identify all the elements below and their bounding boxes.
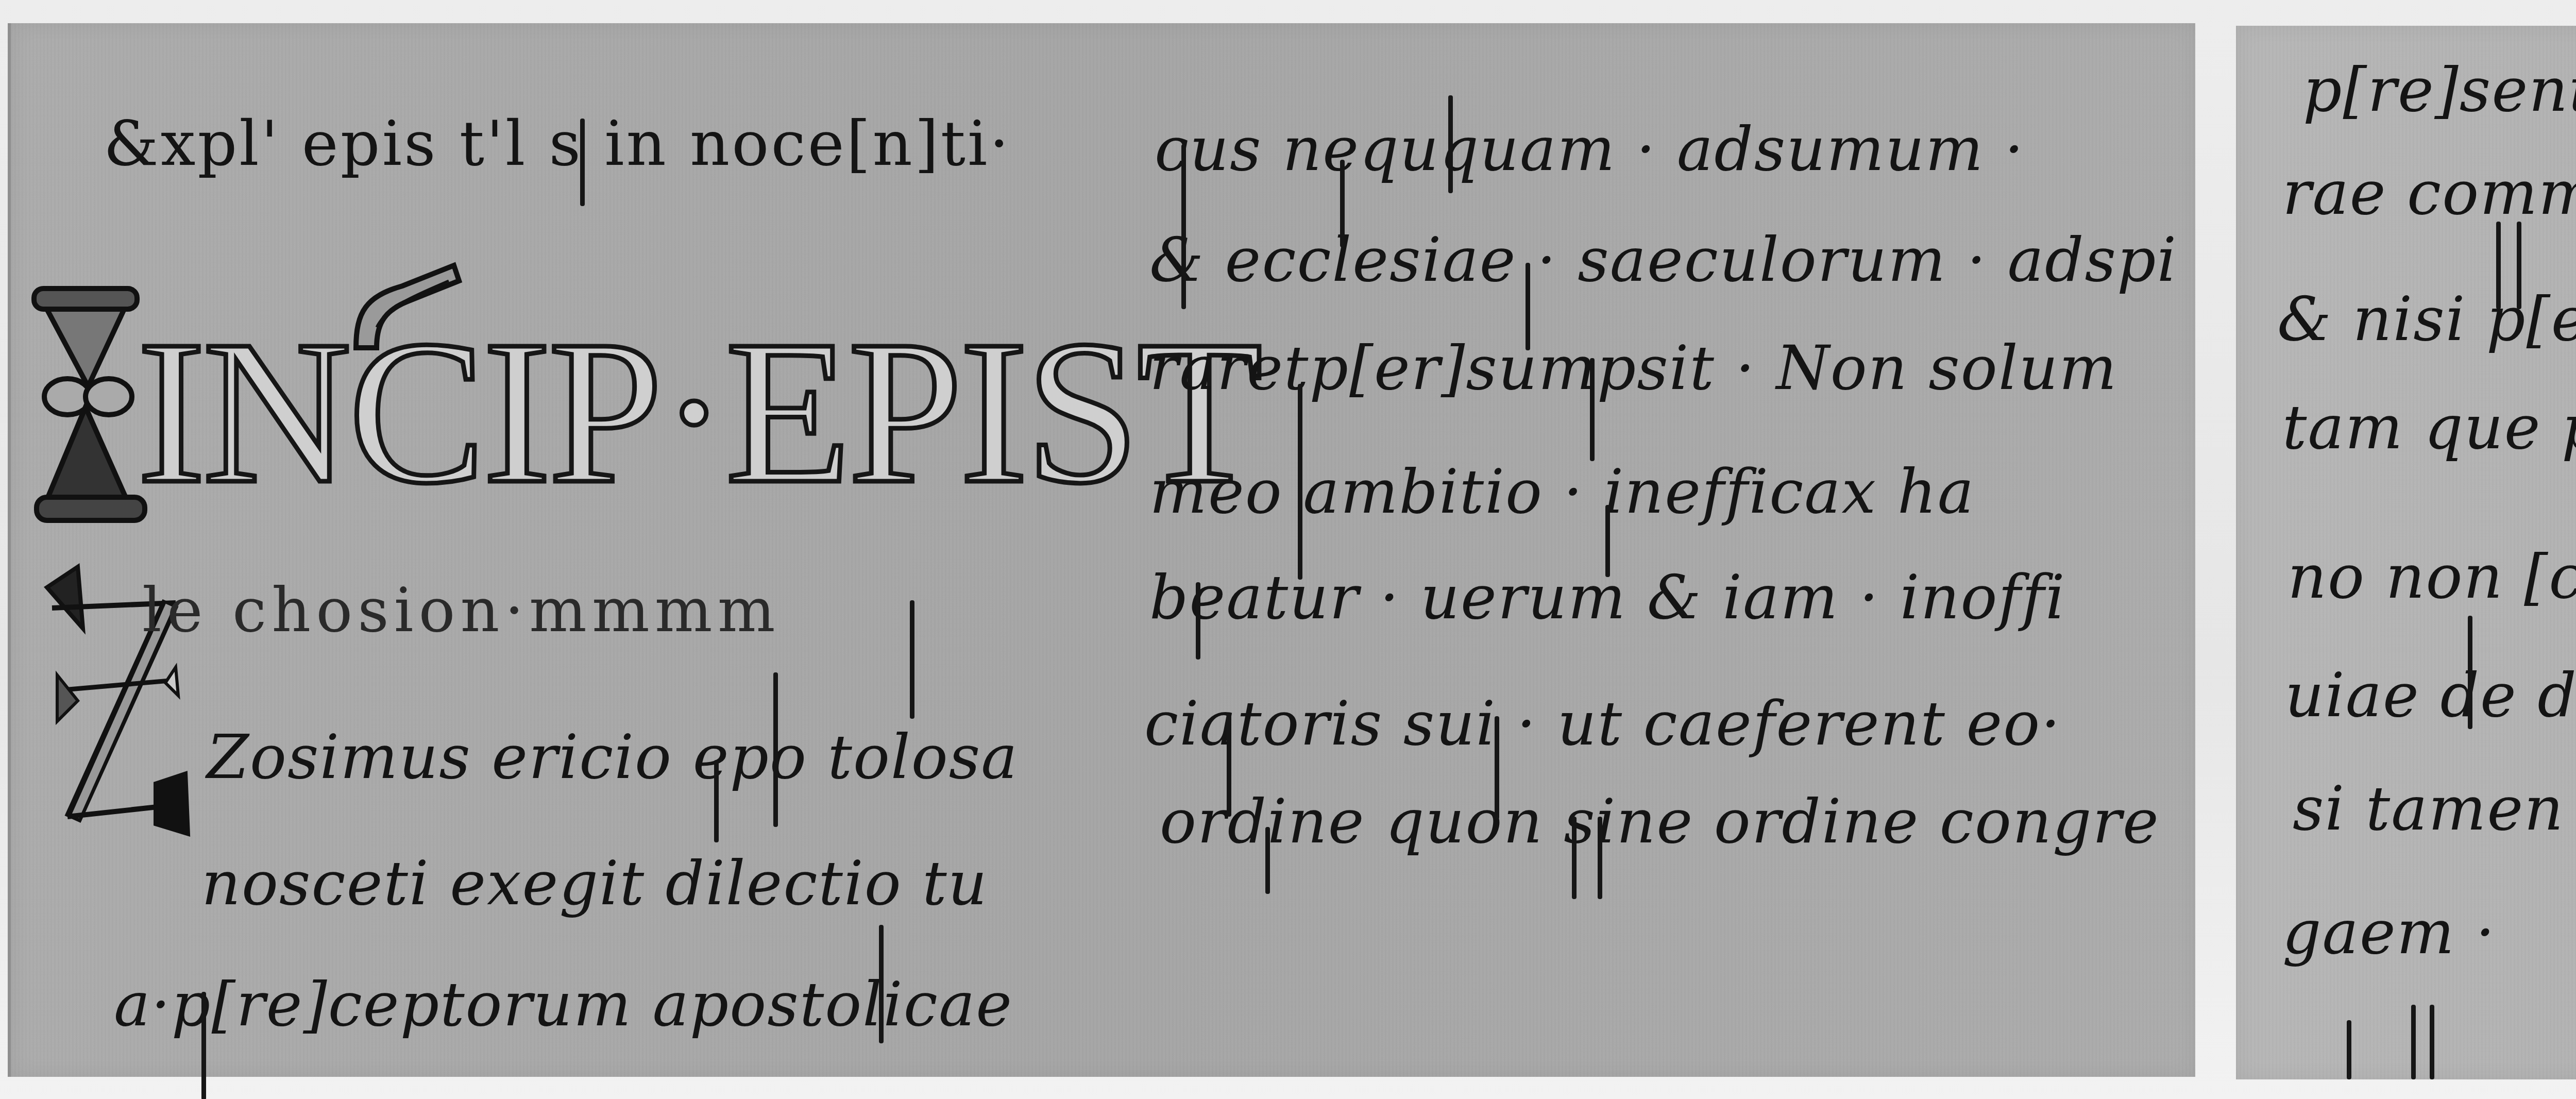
ascender-stroke [1526,263,1530,350]
ascender-stroke [1298,384,1302,580]
ascender-stroke [2496,222,2501,309]
descender-stroke [201,992,206,1099]
left-column-1: &xpl' epis t'l s in noce[n]ti· INCIP·EPI… [11,23,1041,1077]
ascender-stroke [1495,716,1499,819]
decorated-initial-I-icon [24,283,147,541]
text-line-1: le chosion·mmmm [142,580,781,640]
descender-stroke [2430,1005,2434,1079]
right-column-1: p[re]sente n[ost]re adsumum & ta sac rae… [2236,26,2576,1079]
text-line-3: raretp[er]sumpsit · Non solum [1149,337,2118,398]
descender-stroke [1572,817,1577,899]
incipit-display-capitals: INCIP·EPIST [137,309,1260,515]
text-line-1: p[re]sente n[ost]re adsumum & ta sac [2303,59,2576,120]
ascender-stroke [1605,505,1610,577]
ascender-stroke [1340,160,1345,247]
ascender-stroke [910,600,914,719]
text-line-2: & ecclesiae · saeculorum · adspi [1149,229,2177,290]
descender-stroke [1265,827,1270,894]
manuscript-page-right: p[re]sente n[ost]re adsumum & ta sac rae… [2236,26,2576,1079]
text-line-6: uiae de dicto sensu sub [2285,665,2576,725]
ascender-stroke [1227,714,1231,817]
manuscript-page-left: &xpl' epis t'l s in noce[n]ti· INCIP·EPI… [8,23,2195,1077]
text-line-4: meo ambitio · inefficax ha [1149,461,1975,522]
text-line-3: nosceti exegit dilectio tu [201,853,988,914]
ascender-stroke [2468,616,2472,729]
descender-stroke [2411,1005,2416,1079]
rubric-explicit: &xpl' epis t'l s in noce[n]ti· [104,113,1011,175]
left-column-2: cus neququam · adsumum · & ecclesiae · s… [1139,23,2170,1077]
text-line-3: & nisi p[er] publicam p[re]bie [2277,289,2576,349]
ascender-stroke [1448,95,1453,193]
text-line-2: rae communionem eleuadi [2282,162,2576,223]
descender-stroke [2347,1020,2351,1079]
text-line-4: a·p[re]ceptorum apostolicae [114,974,1013,1035]
ascender-stroke [1590,358,1595,461]
text-line-2: Zosimus ericio epo tolosa [207,726,1019,787]
ascender-stroke [2517,222,2521,309]
text-line-6: ciatoris sui · ut caeferent eo· [1144,693,2061,754]
ascender-stroke [1196,582,1200,660]
ascender-stroke [879,925,884,1043]
ascender-stroke [773,672,778,827]
text-line-1: cus neququam · adsumum · [1155,119,2025,179]
text-line-8-start: gaem · [2282,902,2496,962]
text-line-7: si tamen in p[er]sona eius non ne [2293,778,2576,839]
descender-stroke [1598,817,1602,899]
ascender-stroke [580,119,585,206]
text-line-7: ordine quon sine ordine congre [1160,791,2160,852]
ascender-stroke [1181,144,1186,309]
descender-stroke [714,760,719,842]
text-line-5: no non [con]parientur · hic sedes [2287,546,2576,607]
text-line-4: tam que p[er] xpi gratiam omni [2282,397,2576,458]
